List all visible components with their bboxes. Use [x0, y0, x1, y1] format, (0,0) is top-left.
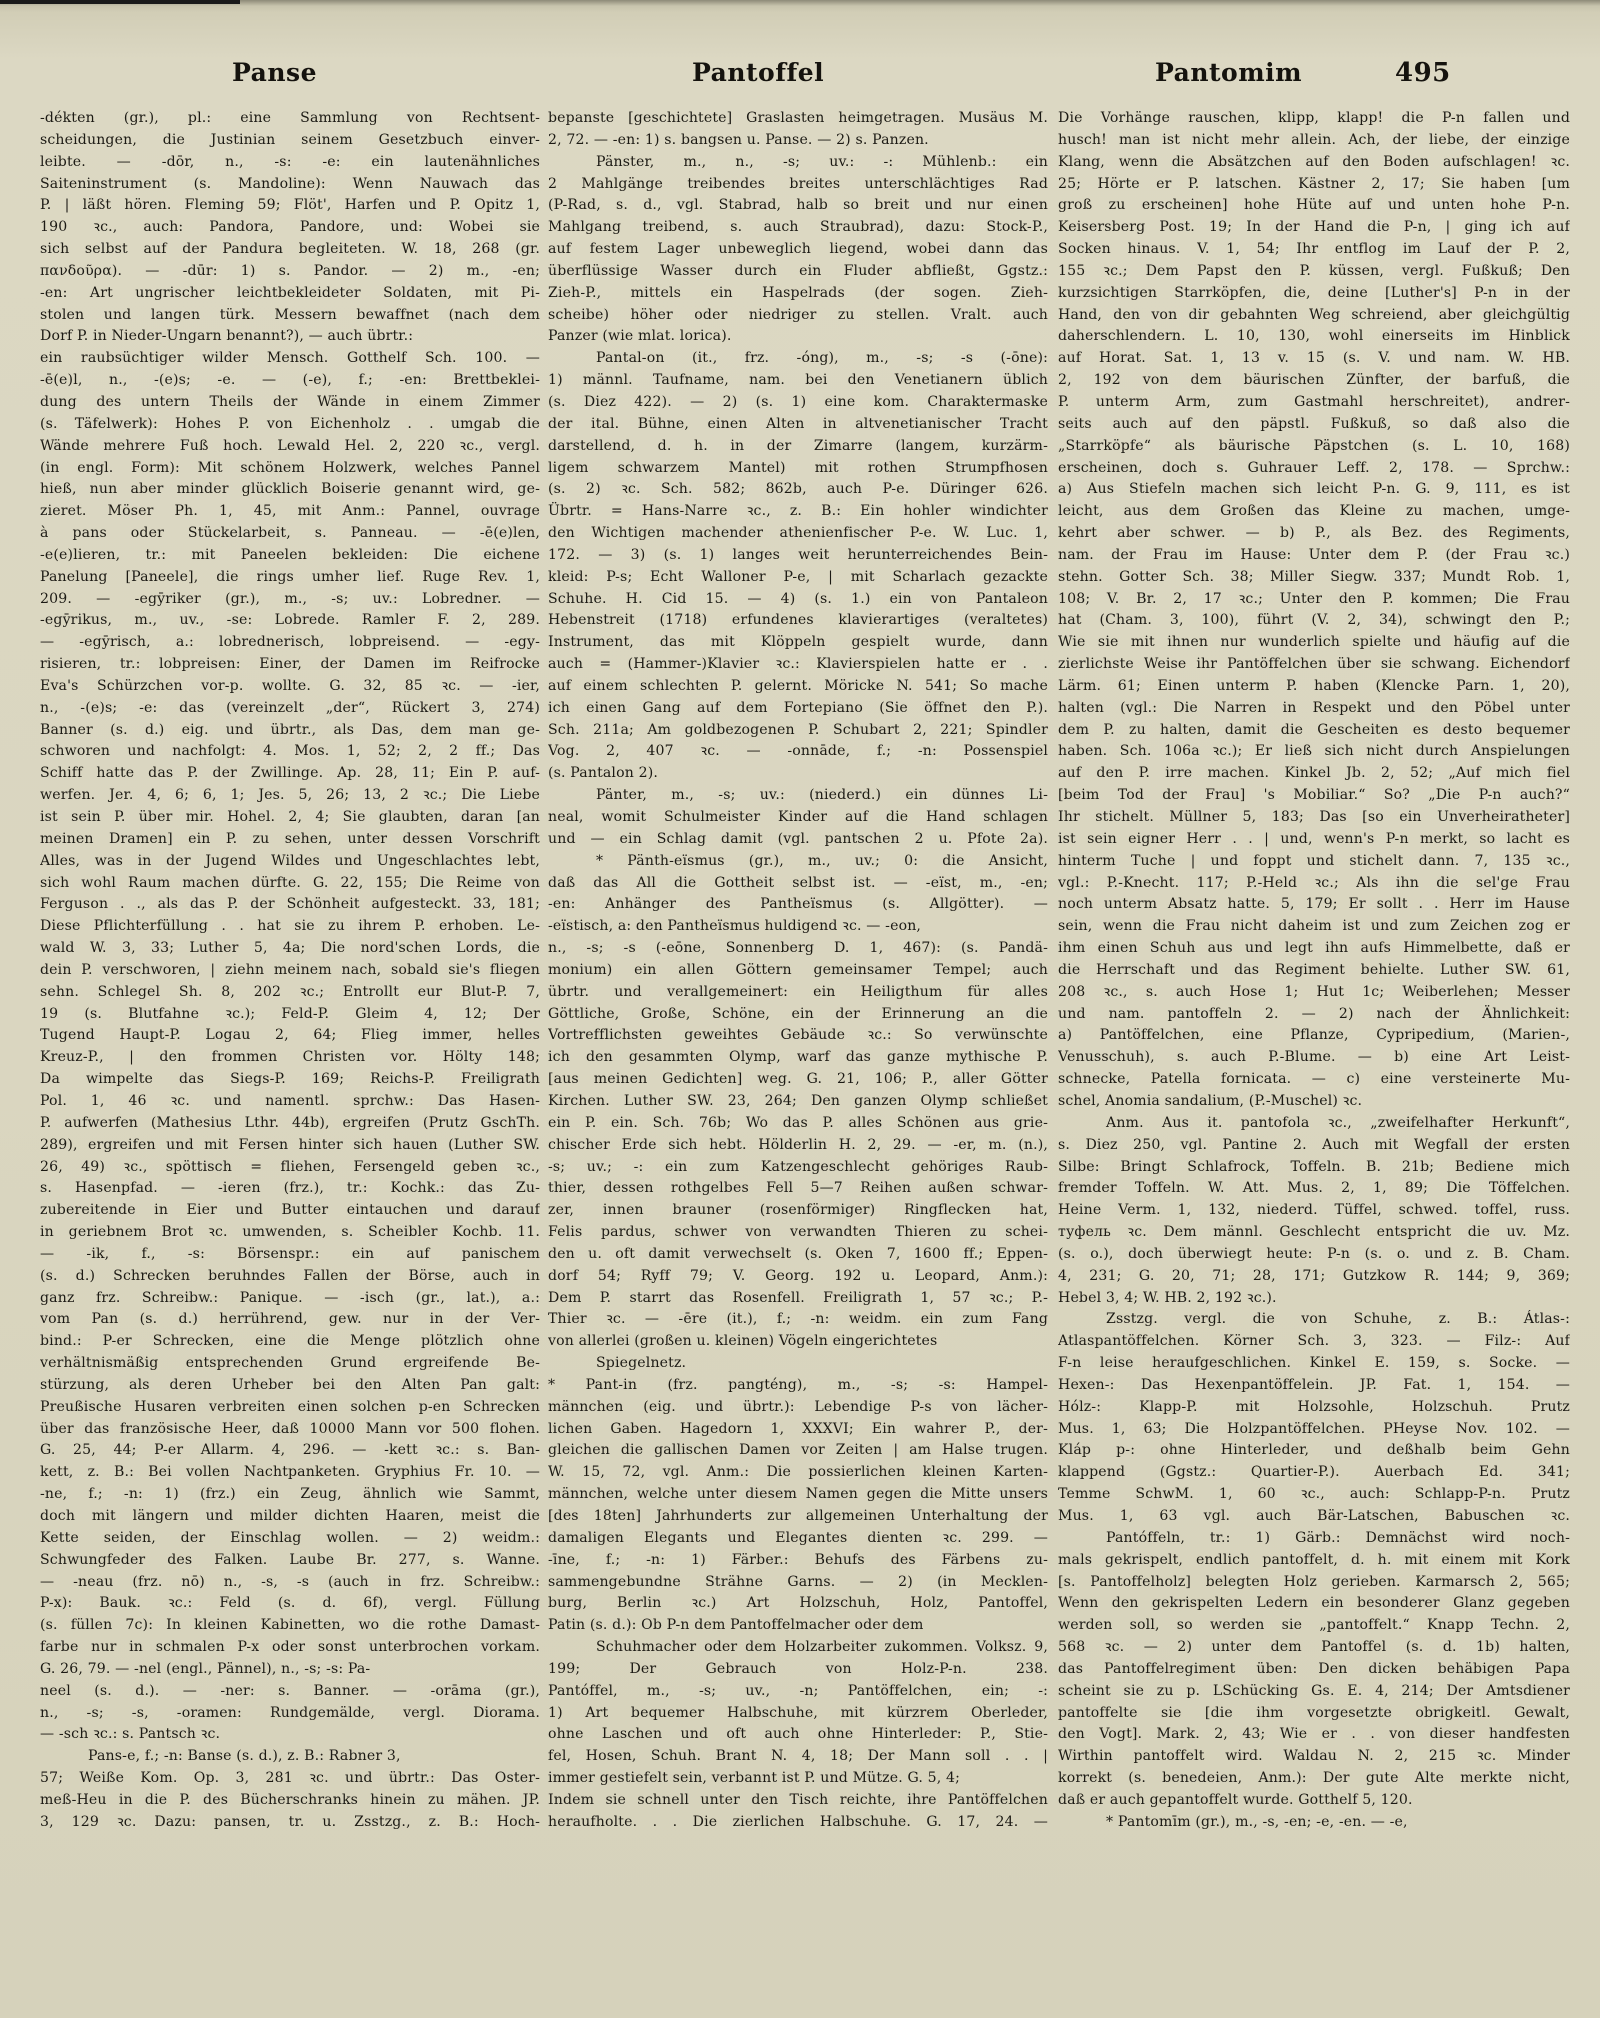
text-line: [aus meinen Gedichten] weg. G. 21, 106; … — [548, 1069, 1048, 1091]
text-line: dung des untern Theils der Wände in eine… — [40, 392, 540, 414]
text-line: ganz frz. Schreibw.: Panique. — -isch (g… — [40, 1288, 540, 1310]
text-line: Kreuz-P., | den frommen Christen vor. Hö… — [40, 1047, 540, 1069]
text-line: ein raubsüchtiger wilder Mensch. Gotthel… — [40, 348, 540, 370]
text-line: auf festem Lager unbeweglich liegend, wo… — [548, 239, 1048, 261]
text-line: Dorf P. in Nieder-Ungarn benannt?), — au… — [40, 326, 540, 348]
text-line: scheidungen, die Justinian seinem Gesetz… — [40, 130, 540, 152]
text-line: ist sein P. über mir. Hohel. 2, 4; Sie g… — [40, 807, 540, 829]
text-line: werden soll, so werden sie „pantoffelt.“… — [1058, 1615, 1570, 1637]
text-line: — -ik, f., -s: Börsenspr.: ein auf panis… — [40, 1244, 540, 1266]
text-line: werfen. Jer. 4, 6; 6, 1; Jes. 5, 26; 13,… — [40, 785, 540, 807]
text-line: monium) ein allen Göttern gemeinsamer Te… — [548, 960, 1048, 982]
dictionary-columns: -dékten (gr.), pl.: eine Sammlung von Re… — [40, 108, 1570, 2008]
text-line: -en: Art ungrischer leichtbekleideter So… — [40, 283, 540, 305]
text-line: * Pant-in (frz. pangténg), m., -s; -s: H… — [548, 1375, 1048, 1397]
text-line: über das französische Heer, daß 10000 Ma… — [40, 1419, 540, 1441]
left-guide-word: Panse — [232, 58, 317, 87]
text-line: Hólz-: Klapp-P. mit Holzsohle, Holzschuh… — [1058, 1397, 1570, 1419]
text-line: -īne, f.; -n: 1) Färber.: Behufs des Fär… — [548, 1550, 1048, 1572]
text-line: Diese Pflichterfüllung . . hat sie zu ih… — [40, 916, 540, 938]
text-line: ligem schwarzem Mantel) mit rothen Strum… — [548, 458, 1048, 480]
text-line: Mus. 1, 63 vgl. auch Bär-Latschen, Babus… — [1058, 1506, 1570, 1528]
text-line: ist sein eigner Herr . . | und, wenn's P… — [1058, 829, 1570, 851]
text-line: erscheinen, doch s. Guhrauer Leff. 2, 17… — [1058, 458, 1570, 480]
text-line: korrekt (s. benedeien, Anm.): Der gute A… — [1058, 1768, 1570, 1790]
text-line: kehrt aber schwer. — b) P., als Bez. des… — [1058, 523, 1570, 545]
text-line: leicht, aus dem Großen das Kleine zu mac… — [1058, 501, 1570, 523]
text-line: n., -s; -s (-eōne, Sonnenberg D. 1, 467)… — [548, 938, 1048, 960]
text-line: Schuhe. H. Cid 15. — 4) (s. 1.) ein von … — [548, 589, 1048, 611]
text-line: (in engl. Form): Mit schönem Holzwerk, w… — [40, 458, 540, 480]
text-line: Vog. 2, 407 ꝛc. — -onnāde, f.; -n: Posse… — [548, 741, 1048, 763]
text-line: P. aufwerfen (Mathesius Lthr. 44b), ergr… — [40, 1113, 540, 1135]
text-line: sammengebundne Strähne Garns. — 2) (in M… — [548, 1572, 1048, 1594]
text-line: Venusschuh), s. auch P.-Blume. — b) eine… — [1058, 1047, 1570, 1069]
text-line: verhältnismäßig entsprechenden Grund erg… — [40, 1353, 540, 1375]
text-line: halten (vgl.: Die Narren in Respekt und … — [1058, 698, 1570, 720]
text-line: zubereitende in Eier und Butter eintauch… — [40, 1200, 540, 1222]
text-line: P-x): Bauk. ꝛc.: Feld (s. d. 6f), vergl.… — [40, 1593, 540, 1615]
text-line: Zieh-P., mittels ein Haspelrads (der sog… — [548, 283, 1048, 305]
text-line: groß zu erscheinen] hohe Hüte auf und un… — [1058, 195, 1570, 217]
text-line: (s. füllen 7c): In kleinen Kabinetten, w… — [40, 1615, 540, 1637]
text-line: übrtr. und verallgemeinert: ein Heiligth… — [548, 982, 1048, 1004]
text-line: Heine Verm. 1, 132, niederd. Tüffel, sch… — [1058, 1200, 1570, 1222]
text-line: (s. d.) Schrecken beruhndes Fallen der B… — [40, 1266, 540, 1288]
text-line: Instrument, das mit Klöppeln gespielt wu… — [548, 632, 1048, 654]
text-line: die Herrschaft und das Regiment behielte… — [1058, 960, 1570, 982]
text-line: doch mit längern und milder dichten Haar… — [40, 1506, 540, 1528]
text-line: mals gekrispelt, endlich pantoffelt, d. … — [1058, 1550, 1570, 1572]
text-line: G. 25, 44; P-er Allarm. 4, 296. — -kett … — [40, 1440, 540, 1462]
text-line: husch! man ist nicht mehr allein. Ach, d… — [1058, 130, 1570, 152]
text-line: meinen Dramen] ein P. zu sehen, unter de… — [40, 829, 540, 851]
text-line: heraufholte. . . Die zierlichen Halbschu… — [548, 1812, 1048, 1834]
text-line: [s. Pantoffelholz] belegten Holz geriebe… — [1058, 1572, 1570, 1594]
text-line: Spiegelnetz. — [548, 1353, 1048, 1375]
text-line: Thier ꝛc. — -ēre (it.), f.; -n: weidm. e… — [548, 1309, 1048, 1331]
text-line: 1) männl. Taufname, nam. bei den Venetia… — [548, 370, 1048, 392]
text-line: -en: Anhänger des Pantheïsmus (s. Allgöt… — [548, 894, 1048, 916]
text-line: Sch. 211a; Am goldbezogenen P. Schubart … — [548, 720, 1048, 742]
text-line: darstellend, d. h. in der Zimarre (lange… — [548, 436, 1048, 458]
text-line: vom Pan (s. d.) herrührend, gew. nur in … — [40, 1309, 540, 1331]
text-line: P. | läßt hören. Fleming 59; Flöt', Harf… — [40, 195, 540, 217]
text-line: s. Hasenpfad. — -ieren (frz.), tr.: Koch… — [40, 1178, 540, 1200]
text-line: Hebel 3, 4; W. HB. 2, 192 ꝛc.). — [1058, 1288, 1570, 1310]
text-line: (P-Rad, s. d., vgl. Stabrad, halb so bre… — [548, 195, 1048, 217]
text-line: — -sch ꝛc.: s. Pantsch ꝛc. — [40, 1724, 540, 1746]
text-line: Schwungfeder des Falken. Laube Br. 277, … — [40, 1550, 540, 1572]
text-line: 2, 192 von dem bäurischen Zünfter, der b… — [1058, 370, 1570, 392]
text-line: ich den gesammten Olymp, warf das ganze … — [548, 1047, 1048, 1069]
text-line: hieß, nun aber minder glücklich Boiserie… — [40, 479, 540, 501]
text-line: der ital. Bühne, einen Alten in altvenet… — [548, 414, 1048, 436]
text-line: scheint sie zu p. LSchücking Gs. E. 4, 2… — [1058, 1681, 1570, 1703]
text-line: a) Pantöffelchen, eine Pflanze, Cypriped… — [1058, 1025, 1570, 1047]
text-line: Preußische Husaren verbreiten einen solc… — [40, 1397, 540, 1419]
text-line: auf einem schlechten P. gelernt. Möricke… — [548, 676, 1048, 698]
text-line: 209. — -egȳriker (gr.), m., -s; uv.: Lob… — [40, 589, 540, 611]
text-line: schworen und nachfolgt: 4. Mos. 1, 52; 2… — [40, 741, 540, 763]
text-line: den Wichtigen machender athenienfischer … — [548, 523, 1048, 545]
text-line: 199; Der Gebrauch von Holz-P-n. 238. — [548, 1659, 1048, 1681]
text-line: n., -(e)s; -e: das (vereinzelt „der“, Rü… — [40, 698, 540, 720]
text-line: Indem sie schnell unter den Tisch reicht… — [548, 1790, 1048, 1812]
text-line: -dékten (gr.), pl.: eine Sammlung von Re… — [40, 108, 540, 130]
text-line: und nam. pantoffeln 2. — 2) nach der Ähn… — [1058, 1004, 1570, 1026]
text-line: 172. — 3) (s. 1) langes weit herunterrei… — [548, 545, 1048, 567]
text-line: W. 15, 72, vgl. Anm.: Die possierlichen … — [548, 1462, 1048, 1484]
text-line: 25; Hörte er P. latschen. Kästner 2, 17;… — [1058, 174, 1570, 196]
text-line: bepanste [geschichtete] Graslasten heimg… — [548, 108, 1048, 130]
text-line: 568 ꝛc. — 2) unter dem Pantoffel (s. d. … — [1058, 1637, 1570, 1659]
text-line: -e(e)lieren, tr.: mit Paneelen bekleiden… — [40, 545, 540, 567]
text-line: stolen und langen türk. Messern bewaffne… — [40, 305, 540, 327]
text-line: burg, Berlin ꝛc.) Art Holzschuh, Holz, P… — [548, 1593, 1048, 1615]
text-line: Tugend Haupt-P. Logau 2, 64; Flieg immer… — [40, 1025, 540, 1047]
column-right: Die Vorhänge rauschen, klipp, klapp! die… — [1058, 108, 1570, 1834]
text-line: 57; Weiße Kom. Op. 3, 281 ꝛc. und übrtr.… — [40, 1768, 540, 1790]
text-line: zieret. Möser Ph. 1, 45, mit Anm.: Panne… — [40, 501, 540, 523]
text-line: -eïstisch, a: den Pantheïsmus huldigend … — [548, 916, 1048, 938]
text-line: Schiff hatte das P. der Zwillinge. Ap. 2… — [40, 763, 540, 785]
text-line: daß er auch gepantoffelt wurde. Gotthelf… — [1058, 1790, 1570, 1812]
text-line: immer gestiefelt sein, verbannt ist P. u… — [548, 1768, 1048, 1790]
text-line: pantoffelte sie [die ihm vorgesetzte obr… — [1058, 1703, 1570, 1725]
text-line: hat (Cham. 3, 100), führt (V. 2, 34), sc… — [1058, 610, 1570, 632]
text-line: Die Vorhänge rauschen, klipp, klapp! die… — [1058, 108, 1570, 130]
text-line: Ihr stichelt. Müllner 5, 183; Das [so ei… — [1058, 807, 1570, 829]
text-line: 4, 231; G. 20, 71; 28, 171; Gutzkow R. 1… — [1058, 1266, 1570, 1288]
text-line: -ē(e)l, n., -(e)s; -e. — (-e), f.; -en: … — [40, 370, 540, 392]
text-line: risieren, tr.: lobpreisen: Einer, der Da… — [40, 654, 540, 676]
text-line: thier, dessen rothgelbes Fell 5—7 Reihen… — [548, 1178, 1048, 1200]
text-line: zer, innen brauner (rosenförmiger) Ringf… — [548, 1200, 1048, 1222]
text-line: chischer Erde sich hebt. Hölderlin H. 2,… — [548, 1135, 1048, 1157]
text-line: sehn. Schlegel Sh. 8, 202 ꝛc.; Entrollt … — [40, 982, 540, 1004]
text-line: Alles, was in der Jugend Wildes und Unge… — [40, 851, 540, 873]
text-line: nam. der Frau im Hause: Unter dem P. (de… — [1058, 545, 1570, 567]
text-line: (s. o.), doch überwiegt heute: P-n (s. o… — [1058, 1244, 1570, 1266]
text-line: Felis pardus, schwer von verwandten Thie… — [548, 1222, 1048, 1244]
text-line: a) Aus Stiefeln machen sich leicht P-n. … — [1058, 479, 1570, 501]
text-line: 2 Mahlgänge treibendes breites unterschl… — [548, 174, 1048, 196]
text-line: haben. Sch. 106a ꝛc.); Er ließ sich nich… — [1058, 741, 1570, 763]
text-line: überflüssige Wasser durch ein Fluder abf… — [548, 261, 1048, 283]
text-line: Kláp p-: ohne Hinterleder, und deßhalb b… — [1058, 1440, 1570, 1462]
text-line: Pänter, m., -s; uv.: (niederd.) ein dünn… — [548, 785, 1048, 807]
text-line: den Vogt]. Mark. 2, 43; Wie er . . von d… — [1058, 1724, 1570, 1746]
text-line: männchen, welche unter diesem Namen gege… — [548, 1484, 1048, 1506]
text-line: das Pantoffelregiment üben: Den dicken b… — [1058, 1659, 1570, 1681]
text-line: von allerlei (großen u. kleinen) Vögeln … — [548, 1331, 1048, 1353]
text-line: Lärm. 61; Einen unterm P. haben (Klencke… — [1058, 676, 1570, 698]
text-line: klappend (Ggstz.: Quartier-P.). Auerbach… — [1058, 1462, 1570, 1484]
text-line: scheibe) höher oder niedriger zu stellen… — [548, 305, 1048, 327]
text-line: Kirchen. Luther SW. 23, 264; Den ganzen … — [548, 1091, 1048, 1113]
text-line: neel (s. d.). — -ner: s. Banner. — -orām… — [40, 1681, 540, 1703]
running-header: Panse Pantoffel Pantomim 495 — [0, 58, 1600, 98]
text-line: туфель ꝛc. Dem männl. Geschlecht entspri… — [1058, 1222, 1570, 1244]
text-line: damaligen Elegants und Elegantes dienten… — [548, 1528, 1048, 1550]
column-middle: bepanste [geschichtete] Graslasten heimg… — [548, 108, 1048, 1834]
text-line: zierlichste Weise ihr Pantöffelchen über… — [1058, 654, 1570, 676]
page-top-edge — [0, 0, 1600, 12]
text-line: stürzung, als deren Urheber bei den Alte… — [40, 1375, 540, 1397]
text-line: Pol. 1, 46 ꝛc. und namentl. sprchw.: Das… — [40, 1091, 540, 1113]
text-line: Mahlgang treibend, s. auch Straubrad), d… — [548, 217, 1048, 239]
text-line: Socken hinaus. V. 1, 54; Ihr entflog im … — [1058, 239, 1570, 261]
text-line: F-n leise heraufgeschlichen. Kinkel E. 1… — [1058, 1353, 1570, 1375]
text-line: lichen Gaben. Hagedorn 1, XXXVI; Ein wah… — [548, 1419, 1048, 1441]
text-line: (s. Täfelwerk): Hohes P. von Eichenholz … — [40, 414, 540, 436]
text-line: Wie sie mit ihnen nur wunderlich spielte… — [1058, 632, 1570, 654]
text-line: auf Horat. Sat. 1, 13 v. 15 (s. V. und n… — [1058, 348, 1570, 370]
column-left: -dékten (gr.), pl.: eine Sammlung von Re… — [40, 108, 540, 1834]
text-line: πανδοῦρα). — -dūr: 1) s. Pandor. — 2) m.… — [40, 261, 540, 283]
text-line: * Pänth-eïsmus (gr.), m., uv.; 0: die An… — [548, 851, 1048, 873]
text-line: Eva's Schürzchen vor-p. wollte. G. 32, 8… — [40, 676, 540, 698]
text-line: Zsstzg. vergl. die von Schuhe, z. B.: Át… — [1058, 1309, 1570, 1331]
text-line: den u. oft damit verwechselt (s. Oken 7,… — [548, 1244, 1048, 1266]
text-line: Saiteninstrument (s. Mandoline): Wenn Na… — [40, 174, 540, 196]
text-line: vgl.: P.-Knecht. 117; P.-Held ꝛc.; Als i… — [1058, 873, 1570, 895]
text-line: P. unterm Arm, zum Gastmahl herschreitet… — [1058, 392, 1570, 414]
text-line: Pantóffel, m., -s; uv., -n; Pantöffelche… — [548, 1681, 1048, 1703]
center-guide-word: Pantoffel — [692, 58, 824, 87]
text-line: stehn. Gotter Sch. 38; Miller Siegw. 337… — [1058, 567, 1570, 589]
text-line: gleichen die gallischen Damen vor Zeiten… — [548, 1440, 1048, 1462]
text-line: ich einen Gang auf dem Fortepiano (Sie ö… — [548, 698, 1048, 720]
text-line: s. Diez 250, vgl. Pantine 2. Auch mit We… — [1058, 1135, 1570, 1157]
text-line: Vortrefflichsten geweihtes Gebäude ꝛc.: … — [548, 1025, 1048, 1047]
text-line: Hand, den von dir gebahnten Weg schreien… — [1058, 305, 1570, 327]
text-line: Wirthin pantoffelt wird. Waldau N. 2, 21… — [1058, 1746, 1570, 1768]
text-line: Schuhmacher oder dem Holzarbeiter zukomm… — [548, 1637, 1048, 1659]
text-line: dem P. zu halten, damit die Gescheiten e… — [1058, 720, 1570, 742]
text-line: — -egȳrisch, a.: lobrednerisch, lobpreis… — [40, 632, 540, 654]
text-line: und — ein Schlag damit (vgl. pantschen 2… — [548, 829, 1048, 851]
text-line: meß-Heu in die P. des Bücherschranks hin… — [40, 1790, 540, 1812]
text-line: ein P. ein. Sch. 76b; Wo das P. alles Sc… — [548, 1113, 1048, 1135]
text-line: Klang, wenn die Absätzchen auf den Boden… — [1058, 152, 1570, 174]
text-line: 155 ꝛc.; Dem Papst den P. küssen, vergl.… — [1058, 261, 1570, 283]
text-line: farbe nur in schmalen P-x oder sonst unt… — [40, 1637, 540, 1659]
text-line: n., -s; -s, -oramen: Rundgemälde, vergl.… — [40, 1703, 540, 1725]
text-line: daß das All die Gottheit selbst ist. — -… — [548, 873, 1048, 895]
text-line: schnecke, Patella fornicata. — c) eine v… — [1058, 1069, 1570, 1091]
text-line: Keisersberg Post. 19; In der Hand die P-… — [1058, 217, 1570, 239]
text-line: auf den P. irre machen. Kinkel Jb. 2, 52… — [1058, 763, 1570, 785]
text-line: Hexen-: Das Hexenpantöffelein. JP. Fat. … — [1058, 1375, 1570, 1397]
text-line: fremder Toffeln. W. Att. Mus. 2, 1, 89; … — [1058, 1178, 1570, 1200]
text-line: Pantóffeln, tr.: 1) Gärb.: Demnächst wir… — [1058, 1528, 1570, 1550]
text-line: auch = (Hammer-)Klavier ꝛc.: Klavierspie… — [548, 654, 1048, 676]
text-line: kett, z. B.: Bei vollen Nachtpanketen. G… — [40, 1462, 540, 1484]
text-line: Panelung [Paneele], die rings umher lief… — [40, 567, 540, 589]
text-line: daherschlendern. L. 10, 130, wohl einers… — [1058, 326, 1570, 348]
text-line: schel, Anomia sandalium, (P.-Muschel) ꝛc… — [1058, 1091, 1570, 1113]
text-line: 108; V. Br. 2, 17 ꝛc.; Unter den P. komm… — [1058, 589, 1570, 611]
text-line: Atlaspantöffelchen. Körner Sch. 3, 323. … — [1058, 1331, 1570, 1353]
text-line: Panzer (wie mlat. lorica). — [548, 326, 1048, 348]
text-line: dorf 54; Ryff 79; V. Georg. 192 u. Leopa… — [548, 1266, 1048, 1288]
text-line: ohne Laschen und oft auch ohne Hinterled… — [548, 1724, 1048, 1746]
text-line: [des 18ten] Jahrhunderts zur allgemeinen… — [548, 1506, 1048, 1528]
text-line: 3, 129 ꝛc. Dazu: pansen, tr. u. Zsstzg.,… — [40, 1812, 540, 1834]
text-line: kleid: P-s; Echt Walloner P-e, | mit Sch… — [548, 567, 1048, 589]
text-line: Pantal-on (it., frz. -óng), m., -s; -s (… — [548, 348, 1048, 370]
text-line: Wenn den gekrispelten Ledern ein besonde… — [1058, 1593, 1570, 1615]
text-line: (s. Pantalon 2). — [548, 763, 1048, 785]
page-number: 495 — [1395, 58, 1451, 88]
text-line: Mus. 1, 63; Die Holzpantöffelchen. PHeys… — [1058, 1419, 1570, 1441]
text-line: sein, wenn die Frau nicht daheim ist und… — [1058, 916, 1570, 938]
text-line: Göttliche, Große, Schöne, ein der Erinne… — [548, 1004, 1048, 1026]
text-line: Pans-e, f.; -n: Banse (s. d.), z. B.: Ra… — [40, 1746, 540, 1768]
text-line: 26, 49) ꝛc., spöttisch = fliehen, Fersen… — [40, 1157, 540, 1179]
text-line: (s. Diez 422). — 2) (s. 1) eine kom. Cha… — [548, 392, 1048, 414]
text-line: sich wohl Raum machen dürfte. G. 22, 155… — [40, 873, 540, 895]
text-line: [beim Tod der Frau] 's Mobiliar.“ So? „D… — [1058, 785, 1570, 807]
text-line: Hebenstreit (1718) erfundenes klavierart… — [548, 610, 1048, 632]
text-line: männchen (eig. und übrtr.): Lebendige P-… — [548, 1397, 1048, 1419]
text-line: 2, 72. — -en: 1) s. bangsen u. Panse. — … — [548, 130, 1048, 152]
text-line: Dem P. starrt das Rosenfell. Freiligrath… — [548, 1288, 1048, 1310]
text-line: fel, Hosen, Schuh. Brant N. 4, 18; Der M… — [548, 1746, 1048, 1768]
text-line: -ne, f.; -n: 1) (frz.) ein Zeug, ähnlich… — [40, 1484, 540, 1506]
text-line: Da wimpelte das Siegs-P. 169; Reichs-P. … — [40, 1069, 540, 1091]
text-line: Silbe: Bringt Schlafrock, Toffeln. B. 21… — [1058, 1157, 1570, 1179]
text-line: Patin (s. d.): Ob P-n dem Pantoffelmache… — [548, 1615, 1048, 1637]
right-guide-word: Pantomim — [1155, 58, 1302, 87]
text-line: Pänster, m., n., -s; uv.: -: Mühlenb.: e… — [548, 152, 1048, 174]
text-line: dein P. verschworen, | ziehn meinem nach… — [40, 960, 540, 982]
text-line: (s. 2) ꝛc. Sch. 582; 862b, auch P-e. Dür… — [548, 479, 1048, 501]
text-line: — -neau (frz. nō) n., -s, -s (auch in fr… — [40, 1572, 540, 1594]
text-line: 1) Art bequemer Halbschuhe, mit kürzrem … — [548, 1703, 1048, 1725]
text-line: Übrtr. = Hans-Narre ꝛc., z. B.: Ein hohl… — [548, 501, 1048, 523]
text-line: noch unterm Absatz hatte. 5, 179; Er sol… — [1058, 894, 1570, 916]
text-line: wald W. 3, 33; Luther 5, 4a; Die nord'sc… — [40, 938, 540, 960]
text-line: 289), ergreifen und mit Fersen hinter si… — [40, 1135, 540, 1157]
text-line: neal, womit Schulmeister Kinder auf die … — [548, 807, 1048, 829]
text-line: sich selbst auf der Pandura begleiteten.… — [40, 239, 540, 261]
text-line: * Pantomīm (gr.), m., -s, -en; -e, -en. … — [1058, 1812, 1570, 1834]
text-line: „Starrköpfe“ als bäurische Päpstchen (s.… — [1058, 436, 1570, 458]
text-line: Anm. Aus it. pantofola ꝛc., „zweifelhaft… — [1058, 1113, 1570, 1135]
text-line: à pans oder Stückelarbeit, s. Panneau. —… — [40, 523, 540, 545]
text-line: -egȳrikus, m., uv., -se: Lobrede. Ramler… — [40, 610, 540, 632]
text-line: Wände mehrere Fuß hoch. Lewald Hel. 2, 2… — [40, 436, 540, 458]
text-line: -s; uv.; -: ein zum Katzengeschlecht geh… — [548, 1157, 1048, 1179]
text-line: Kette seiden, der Einschlag wollen. — 2)… — [40, 1528, 540, 1550]
text-line: Ferguson . ., als das P. der Schönheit a… — [40, 894, 540, 916]
text-line: leibte. — -dōr, n., -s: -e: ein lautenäh… — [40, 152, 540, 174]
text-line: 208 ꝛc., s. auch Hose 1; Hut 1c; Weiberl… — [1058, 982, 1570, 1004]
text-line: 190 ꝛc., auch: Pandora, Pandore, und: Wo… — [40, 217, 540, 239]
text-line: ihm einen Schuh aus und legt ihn aufs Hi… — [1058, 938, 1570, 960]
text-line: hinterm Tuche | und foppt und stichelt d… — [1058, 851, 1570, 873]
text-line: in geriebnem Brot ꝛc. umwenden, s. Schei… — [40, 1222, 540, 1244]
text-line: seits auch auf den päpstl. Fußkuß, so da… — [1058, 414, 1570, 436]
text-line: G. 26, 79. — -nel (engl., Pännel), n., -… — [40, 1659, 540, 1681]
text-line: kurzsichtigen Starrköpfen, die, deine [L… — [1058, 283, 1570, 305]
text-line: Banner (s. d.) eig. und übrtr., als Das,… — [40, 720, 540, 742]
text-line: bind.: P-er Schrecken, eine die Menge pl… — [40, 1331, 540, 1353]
text-line: 19 (s. Blutfahne ꝛc.); Feld-P. Gleim 4, … — [40, 1004, 540, 1026]
text-line: Temme SchwM. 1, 60 ꝛc., auch: Schlapp-P-… — [1058, 1484, 1570, 1506]
